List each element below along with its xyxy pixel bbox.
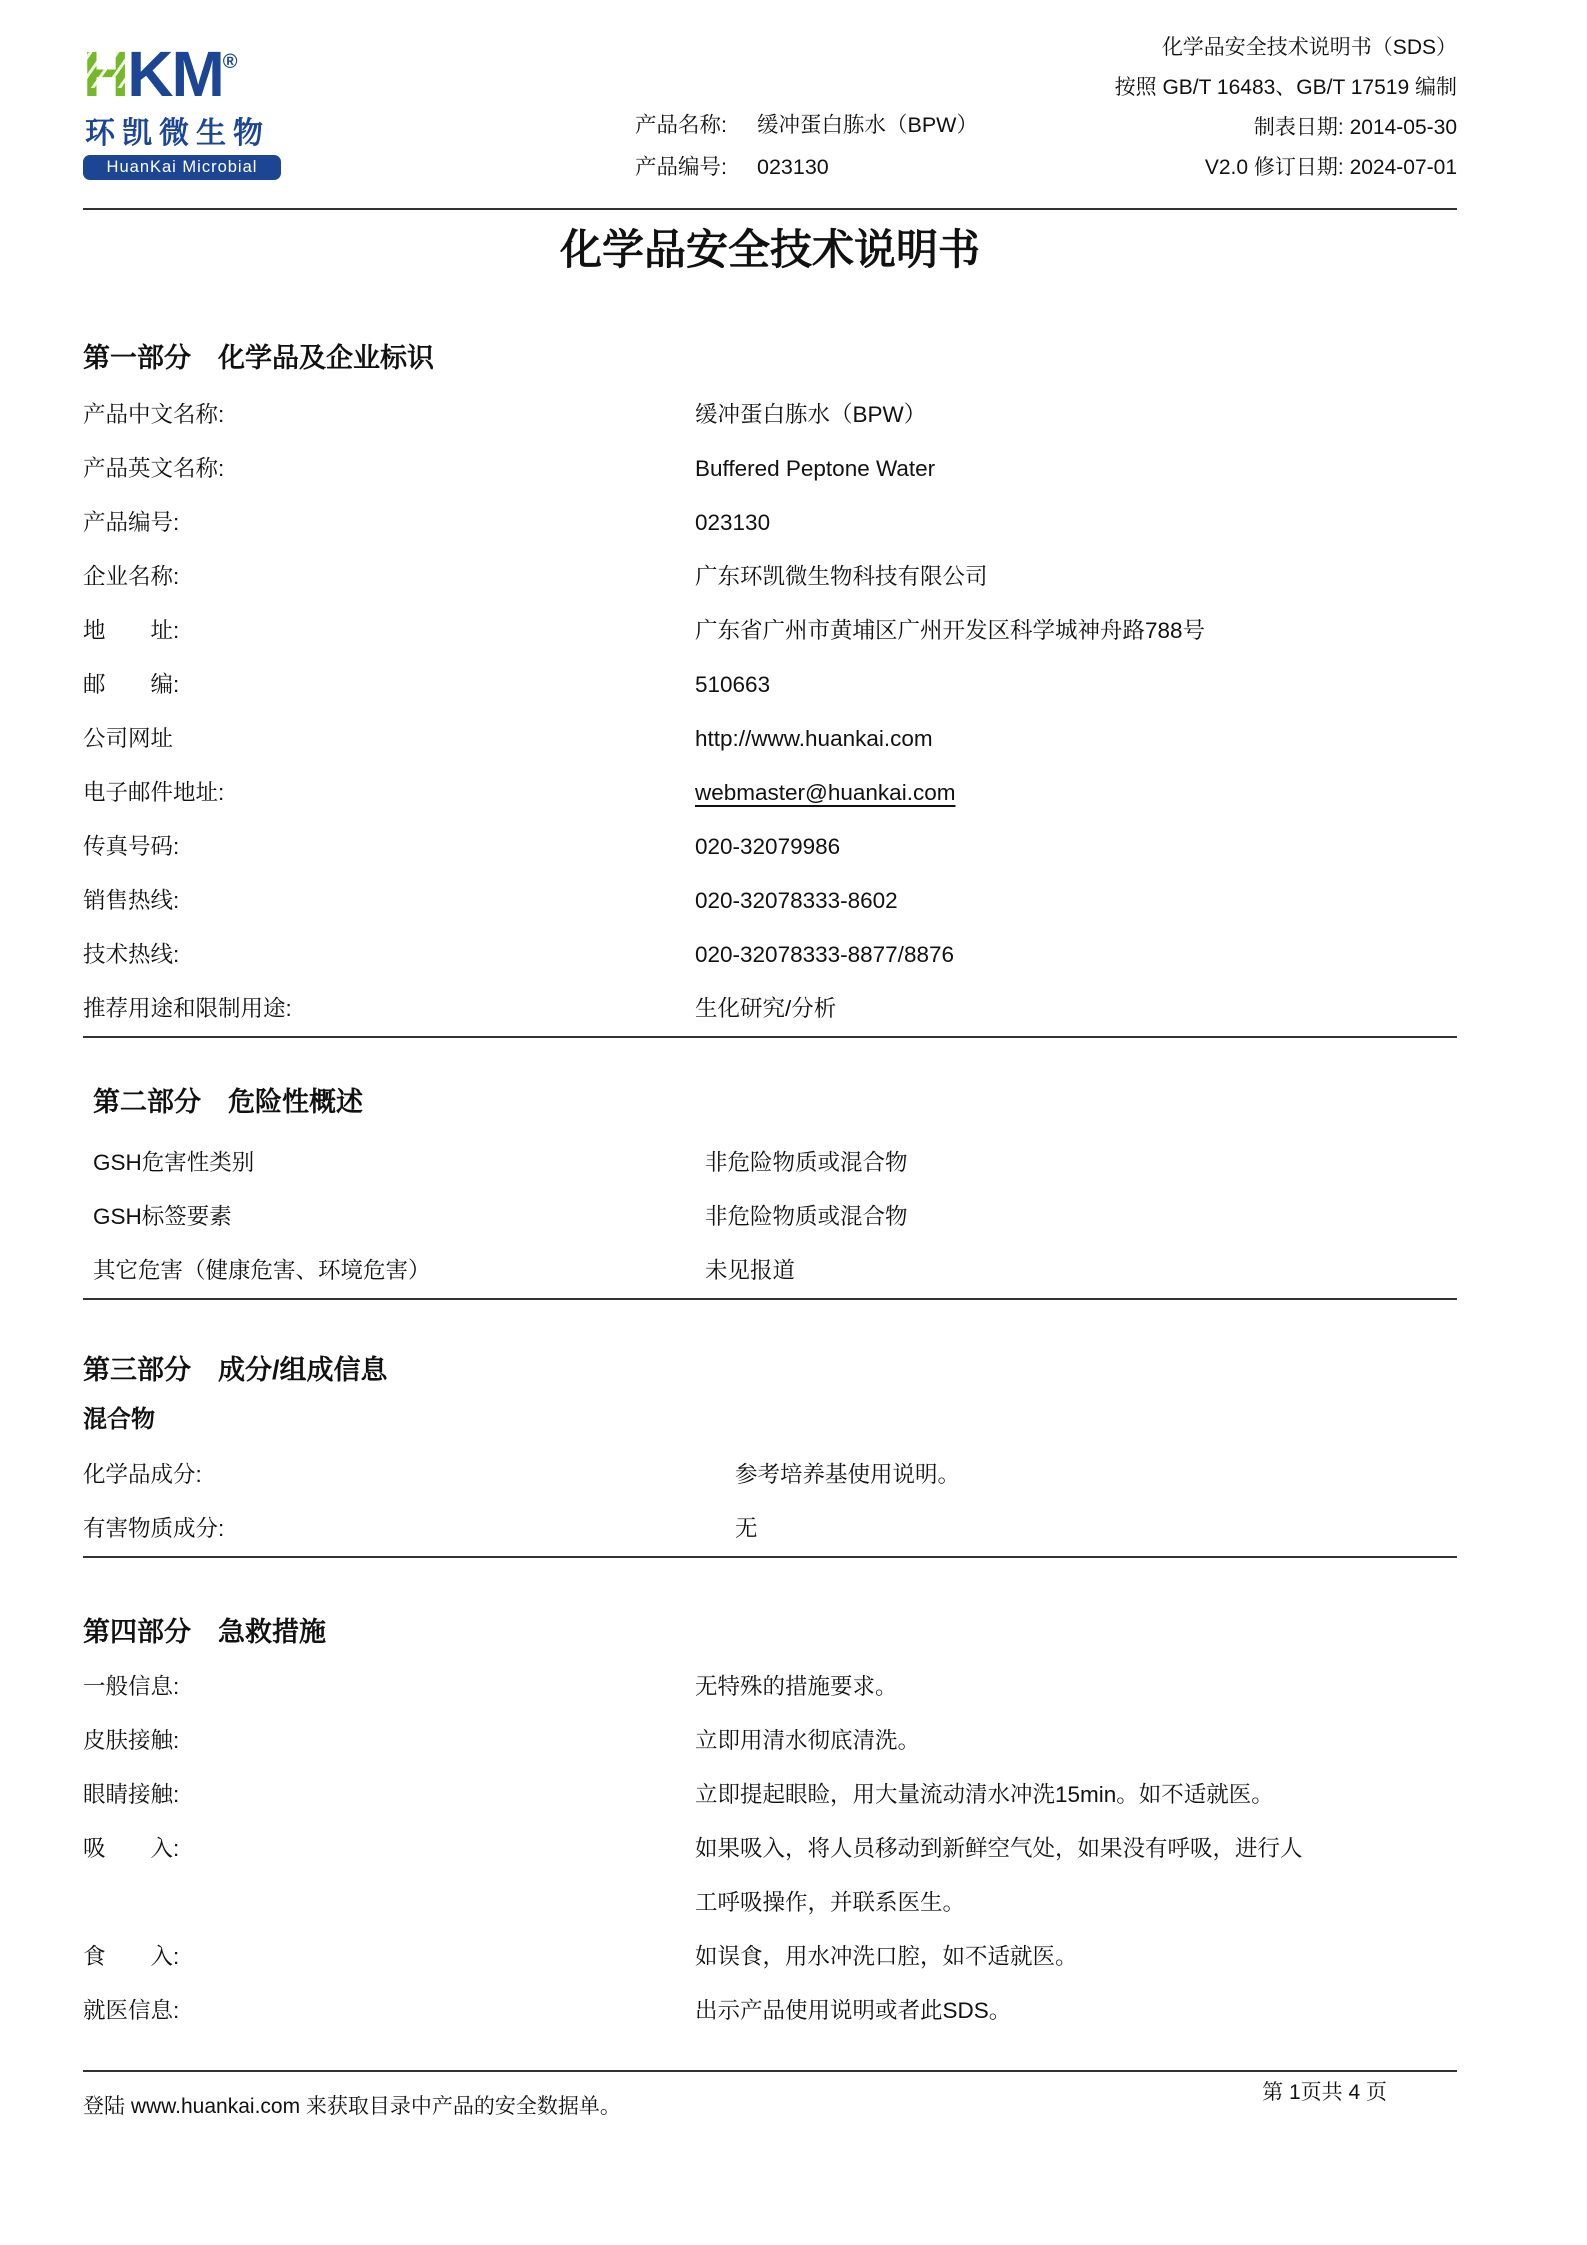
hkm-logo-wordmark: HKM®: [83, 30, 313, 106]
footer-divider: [83, 2070, 1457, 2072]
logo-company-name-en: HuanKai Microbial: [83, 155, 281, 180]
field-value: 无: [735, 1502, 758, 1556]
section-3-divider: [83, 1556, 1457, 1558]
field-value: 广东环凯微生物科技有限公司: [695, 550, 988, 604]
field-row-tech-hotline: 技术热线: 020-32078333-8877/8876: [83, 928, 1457, 982]
logo-company-name-cn: 环凯微生物: [85, 108, 313, 152]
field-label: 吸 入:: [83, 1822, 695, 1930]
sds-page: HKM® 环凯微生物 HuanKai Microbial 产品名称:缓冲蛋白胨水…: [0, 0, 1587, 2120]
doc-revised-date: V2.0 修订日期: 2024-07-01: [1115, 148, 1457, 188]
field-row-general-info: 一般信息: 无特殊的措施要求。: [83, 1660, 1457, 1714]
field-row-sales-hotline: 销售热线: 020-32078333-8602: [83, 874, 1457, 928]
product-name-label: 产品名称:: [635, 104, 757, 146]
field-value: 如果吸入，将人员移动到新鲜空气处，如果没有呼吸，进行人 工呼吸操作，并联系医生。: [695, 1822, 1303, 1930]
field-row-inhalation: 吸 入: 如果吸入，将人员移动到新鲜空气处，如果没有呼吸，进行人 工呼吸操作，并…: [83, 1822, 1457, 1930]
field-value: 广东省广州市黄埔区广州开发区科学城神舟路788号: [695, 604, 1205, 658]
field-row-gsh-label-elements: GSH标签要素 非危险物质或混合物: [93, 1190, 1457, 1244]
field-row-gsh-hazard-class: GSH危害性类别 非危险物质或混合物: [93, 1136, 1457, 1190]
field-label: 产品英文名称:: [83, 442, 695, 496]
product-code-value: 023130: [757, 155, 829, 179]
field-label: 化学品成分:: [83, 1448, 735, 1502]
field-label: 邮 编:: [83, 658, 695, 712]
header-divider: [83, 208, 1457, 210]
field-value: 未见报道: [705, 1244, 795, 1298]
field-row-postcode: 邮 编: 510663: [83, 658, 1457, 712]
field-label: 销售热线:: [83, 874, 695, 928]
field-label: 就医信息:: [83, 1984, 695, 2038]
section-3-rows: 化学品成分: 参考培养基使用说明。 有害物质成分: 无: [83, 1448, 1457, 1556]
field-label: 电子邮件地址:: [83, 766, 695, 820]
field-row-chemical-components: 化学品成分: 参考培养基使用说明。: [83, 1448, 1457, 1502]
field-value: 023130: [695, 496, 770, 550]
section-4-heading: 第四部分 急救措施: [83, 1612, 1457, 1652]
field-label: 传真号码:: [83, 820, 695, 874]
field-label: 技术热线:: [83, 928, 695, 982]
field-row-email: 电子邮件地址: webmaster@huankai.com: [83, 766, 1457, 820]
section-1-divider: [83, 1036, 1457, 1038]
field-value: 非危险物质或混合物: [705, 1190, 908, 1244]
field-row-medical-advice: 就医信息: 出示产品使用说明或者此SDS。: [83, 1984, 1457, 2038]
logo-letter-h: H: [83, 38, 127, 110]
page-title: 化学品安全技术说明书: [83, 222, 1457, 278]
field-label: 眼睛接触:: [83, 1768, 695, 1822]
registered-trademark-icon: ®: [223, 51, 238, 73]
section-2-rows: GSH危害性类别 非危险物质或混合物 GSH标签要素 非危险物质或混合物 其它危…: [93, 1136, 1457, 1298]
field-row-eye-contact: 眼睛接触: 立即提起眼睑，用大量流动清水冲洗15min。如不适就医。: [83, 1768, 1457, 1822]
field-value: 生化研究/分析: [695, 982, 836, 1036]
page-footer: 登陆 www.huankai.com 来获取目录中产品的安全数据单。 第 1页共…: [83, 2076, 1457, 2120]
field-row-product-en-name: 产品英文名称: Buffered Peptone Water: [83, 442, 1457, 496]
doc-type-title: 化学品安全技术说明书（SDS）: [1115, 28, 1457, 68]
field-value: 出示产品使用说明或者此SDS。: [695, 1984, 1011, 2038]
field-row-other-hazards: 其它危害（健康危害、环境危害） 未见报道: [93, 1244, 1457, 1298]
section-1-heading: 第一部分 化学品及企业标识: [83, 338, 1457, 378]
field-label: 食 入:: [83, 1930, 695, 1984]
section-2-heading: 第二部分 危险性概述: [93, 1082, 1457, 1122]
section-4-rows: 一般信息: 无特殊的措施要求。 皮肤接触: 立即用清水彻底清洗。 眼睛接触: 立…: [83, 1660, 1457, 2038]
footer-note: 登陆 www.huankai.com 来获取目录中产品的安全数据单。: [83, 2076, 621, 2120]
website-link: http://www.huankai.com: [695, 712, 933, 766]
field-label: 公司网址: [83, 712, 695, 766]
field-label: 企业名称:: [83, 550, 695, 604]
field-label: GSH危害性类别: [93, 1136, 705, 1190]
field-value: 立即用清水彻底清洗。: [695, 1714, 920, 1768]
logo-letters-km: KM: [127, 38, 223, 110]
field-row-website: 公司网址 http://www.huankai.com: [83, 712, 1457, 766]
document-header: HKM® 环凯微生物 HuanKai Microbial 产品名称:缓冲蛋白胨水…: [83, 30, 1457, 188]
header-product-name-row: 产品名称:缓冲蛋白胨水（BPW）: [635, 104, 978, 146]
field-label: 地 址:: [83, 604, 695, 658]
field-row-skin-contact: 皮肤接触: 立即用清水彻底清洗。: [83, 1714, 1457, 1768]
field-value: 510663: [695, 658, 770, 712]
doc-standard: 按照 GB/T 16483、GB/T 17519 编制: [1115, 68, 1457, 108]
field-row-ingestion: 食 入: 如误食，用水冲洗口腔，如不适就医。: [83, 1930, 1457, 1984]
field-label: 推荐用途和限制用途:: [83, 982, 695, 1036]
field-value: Buffered Peptone Water: [695, 442, 935, 496]
section-3-heading: 第三部分 成分/组成信息: [83, 1350, 1457, 1390]
field-label: 一般信息:: [83, 1660, 695, 1714]
field-value: 无特殊的措施要求。: [695, 1660, 898, 1714]
field-row-product-code: 产品编号: 023130: [83, 496, 1457, 550]
header-product-info: 产品名称:缓冲蛋白胨水（BPW） 产品编号:023130: [635, 104, 978, 188]
doc-created-date: 制表日期: 2014-05-30: [1115, 108, 1457, 148]
page-number: 第 1页共 4 页: [1262, 2076, 1387, 2106]
field-row-company-name: 企业名称: 广东环凯微生物科技有限公司: [83, 550, 1457, 604]
section-3-subheading: 混合物: [83, 1400, 1457, 1440]
header-doc-meta: 化学品安全技术说明书（SDS） 按照 GB/T 16483、GB/T 17519…: [1115, 28, 1457, 188]
field-value: 参考培养基使用说明。: [735, 1448, 960, 1502]
field-label: 皮肤接触:: [83, 1714, 695, 1768]
section-1-rows: 产品中文名称: 缓冲蛋白胨水（BPW） 产品英文名称: Buffered Pep…: [83, 388, 1457, 1036]
field-value: 如误食，用水冲洗口腔，如不适就医。: [695, 1930, 1078, 1984]
field-row-address: 地 址: 广东省广州市黄埔区广州开发区科学城神舟路788号: [83, 604, 1457, 658]
header-product-code-row: 产品编号:023130: [635, 146, 978, 188]
field-row-fax: 传真号码: 020-32079986: [83, 820, 1457, 874]
field-value: 非危险物质或混合物: [705, 1136, 908, 1190]
section-2-divider: [83, 1298, 1457, 1300]
company-logo: HKM® 环凯微生物 HuanKai Microbial: [83, 30, 313, 180]
field-label: 有害物质成分:: [83, 1502, 735, 1556]
field-row-hazardous-components: 有害物质成分: 无: [83, 1502, 1457, 1556]
field-value: 020-32079986: [695, 820, 840, 874]
field-value: 立即提起眼睑，用大量流动清水冲洗15min。如不适就医。: [695, 1768, 1274, 1822]
field-value: 缓冲蛋白胨水（BPW）: [695, 388, 926, 442]
field-value: 020-32078333-8877/8876: [695, 928, 954, 982]
field-value: 020-32078333-8602: [695, 874, 898, 928]
field-label: GSH标签要素: [93, 1190, 705, 1244]
product-name-value: 缓冲蛋白胨水（BPW）: [757, 113, 978, 137]
field-label: 其它危害（健康危害、环境危害）: [93, 1244, 705, 1298]
field-row-product-cn-name: 产品中文名称: 缓冲蛋白胨水（BPW）: [83, 388, 1457, 442]
field-label: 产品中文名称:: [83, 388, 695, 442]
product-code-label: 产品编号:: [635, 146, 757, 188]
field-label: 产品编号:: [83, 496, 695, 550]
field-row-recommended-use: 推荐用途和限制用途: 生化研究/分析: [83, 982, 1457, 1036]
email-link[interactable]: webmaster@huankai.com: [695, 766, 955, 820]
